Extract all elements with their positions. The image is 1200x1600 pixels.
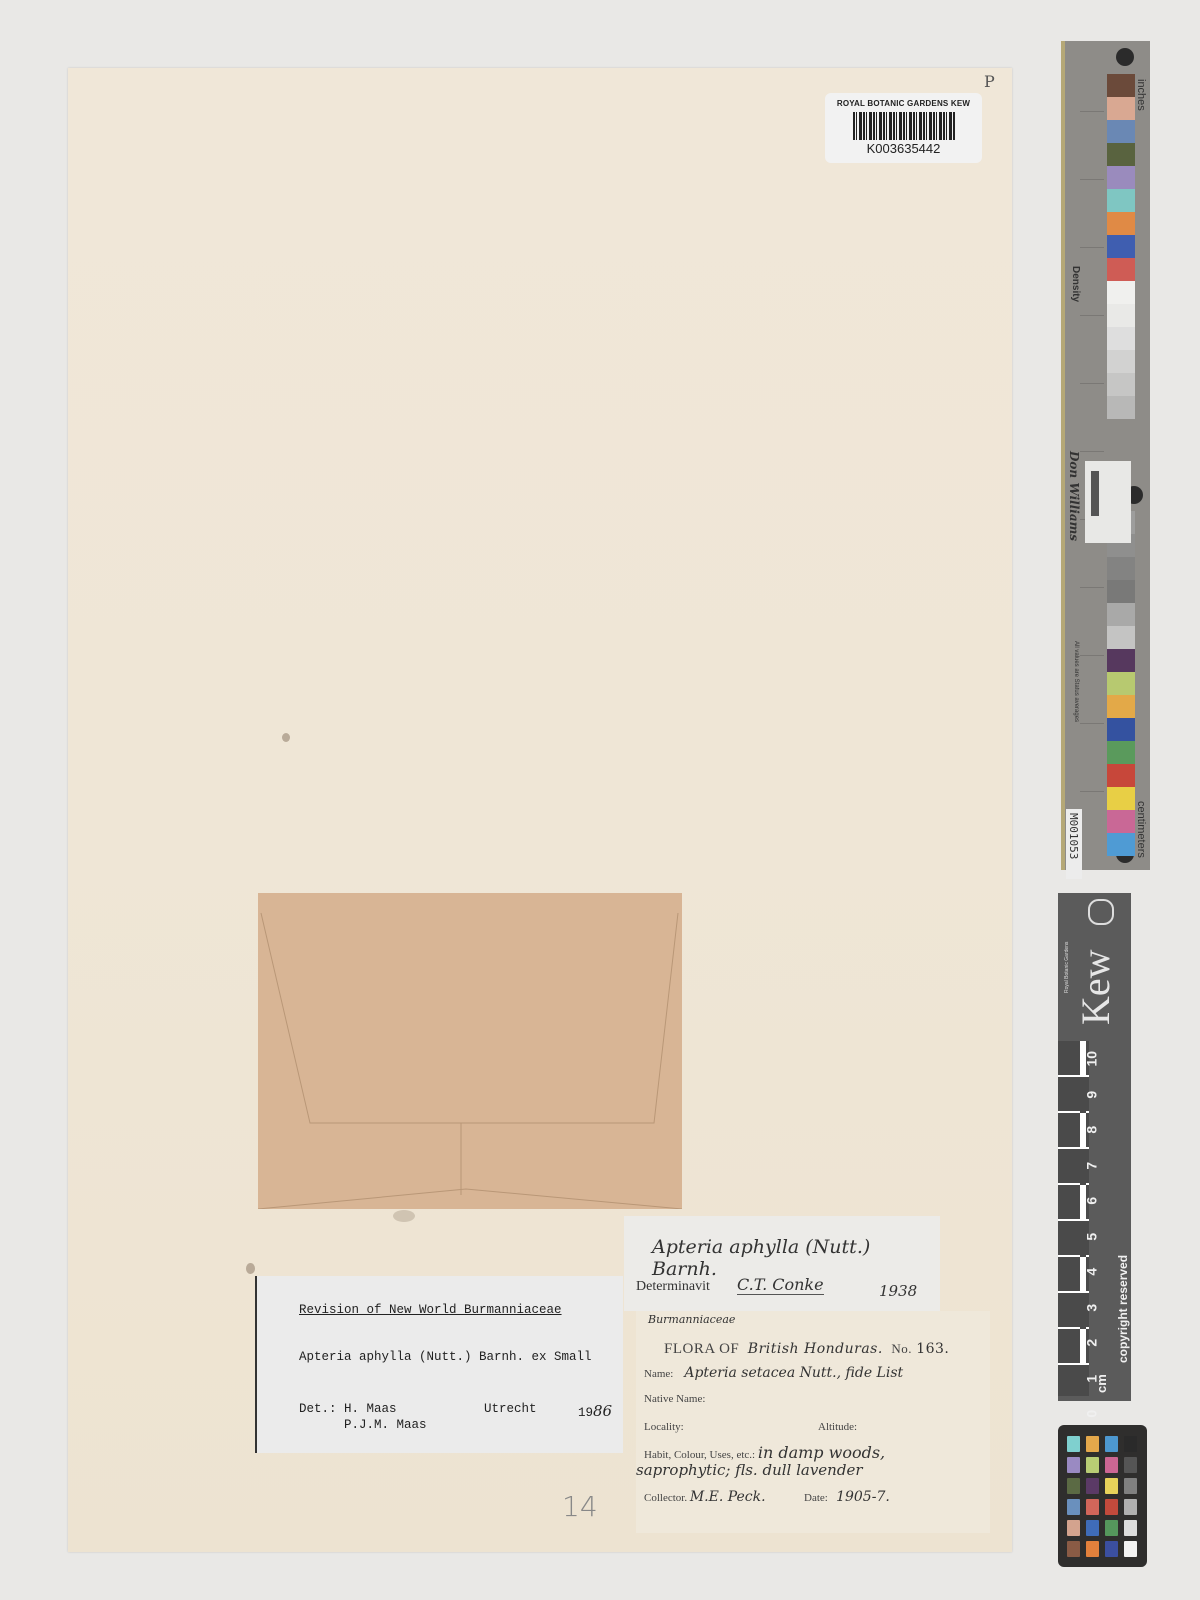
color-swatch [1067,1520,1080,1536]
color-swatch [1107,580,1135,603]
name-value: Apteria setacea Nutt., fide List [684,1365,903,1381]
color-swatch [1107,166,1135,189]
kew-scale-bar: Kew Royal Botanic Gardens 109876543210 c… [1058,893,1131,1401]
color-swatch [1124,1520,1137,1536]
determiner-signature: C.T. Conke [737,1275,824,1295]
color-swatch [1107,810,1135,833]
revision-label: Revision of New World Burmanniaceae Apte… [255,1276,623,1453]
scale-number: 8 [1083,1120,1119,1140]
color-swatch [1105,1457,1118,1473]
kew-logo: Kew [1072,949,1119,1025]
color-swatch [1107,281,1135,304]
corner-pencil-mark: P [984,72,995,91]
color-swatch [1107,787,1135,810]
scale-number: 7 [1083,1155,1119,1175]
name-row: Name: Apteria setacea Nutt., fide List [644,1365,903,1381]
color-swatch [1107,626,1135,649]
collector-row: Collector. M.E. Peck. [644,1489,766,1505]
resolution-target [1085,461,1131,543]
collection-number: 163. [916,1341,949,1357]
color-checker-card [1058,1425,1147,1567]
family-name: Burmanniaceae [648,1313,735,1326]
color-swatches-lower [1107,511,1135,856]
color-swatches-upper [1107,74,1135,419]
habit-label: Habit, Colour, Uses, etc.: [644,1449,755,1461]
footnote-label: All values are Status averages [1073,641,1079,722]
color-swatch [1107,741,1135,764]
color-swatch [1067,1499,1080,1515]
color-swatch [1107,718,1135,741]
color-swatch [1107,373,1135,396]
determiner-name: H. Maas [344,1402,397,1416]
ruler-id-tag: M001053 [1066,809,1082,879]
date-row: Date: 1905-7. [804,1489,890,1505]
color-swatch [1107,603,1135,626]
color-swatch [1107,695,1135,718]
color-checker-grid [1067,1436,1139,1558]
color-swatch [1067,1541,1080,1557]
color-swatch [1107,327,1135,350]
brand-label: Don Williams [1067,451,1081,541]
color-swatch [1067,1457,1080,1473]
habit-row: Habit, Colour, Uses, etc.: in damp woods… [644,1443,885,1462]
scale-number: 5 [1083,1226,1119,1246]
color-swatch [1086,1520,1099,1536]
scale-number: 9 [1083,1084,1119,1104]
color-swatch [1067,1478,1080,1494]
barcode-label: ROYAL BOTANIC GARDENS KEW K003635442 [825,93,982,163]
royal-crest-icon [1088,899,1114,925]
color-swatch [1105,1499,1118,1515]
year-typed: 19 [578,1406,593,1420]
determination-taxon: Apteria aphylla (Nutt.) Barnh. [652,1236,940,1280]
color-swatch [1124,1541,1137,1557]
barcode-icon [853,112,955,140]
revision-place: Utrecht [484,1402,537,1416]
color-swatch [1107,97,1135,120]
color-swatch [1124,1436,1137,1452]
revision-taxon: Apteria aphylla (Nutt.) Barnh. ex Small [299,1350,592,1364]
scale-number: 3 [1083,1297,1119,1317]
date-label: Date: [804,1492,828,1504]
color-swatch [1105,1478,1118,1494]
color-swatch [1086,1478,1099,1494]
ruler-hole-icon [1116,48,1134,66]
color-swatch [1105,1541,1118,1557]
color-swatch [1107,557,1135,580]
unit-label: cm [1094,1374,1109,1393]
color-swatch [1107,143,1135,166]
scale-number: 0 [1083,1404,1119,1424]
specimen-envelope [258,893,682,1209]
color-swatch [1107,189,1135,212]
color-swatch [1124,1457,1137,1473]
stain-spot [282,733,290,742]
habit-value-line1: in damp woods, [758,1443,885,1462]
native-name-label: Native Name: [644,1393,705,1405]
color-swatch [1086,1457,1099,1473]
color-swatch [1105,1520,1118,1536]
collector-label: Collector. [644,1492,687,1504]
pencil-sheet-number: 14 [562,1490,598,1523]
color-swatch [1107,649,1135,672]
color-swatch [1107,212,1135,235]
determiner-name: P.J.M. Maas [344,1418,427,1432]
habit-row-2: saprophytic; fls. dull lavender [636,1461,863,1479]
envelope-fold-lines-icon [258,893,682,1209]
det-label: Det.: H. Maas [299,1402,397,1416]
color-swatch [1086,1499,1099,1515]
revision-title: Revision of New World Burmanniaceae [299,1303,562,1317]
color-swatch [1086,1541,1099,1557]
region-name: British Honduras. [748,1341,883,1357]
copyright-text: copyright reserved [1116,1255,1130,1363]
color-swatch [1124,1478,1137,1494]
color-swatch [1107,396,1135,419]
name-label: Name: [644,1368,673,1380]
color-swatch [1107,235,1135,258]
density-label: Density [1070,266,1081,302]
scale-number: 6 [1083,1191,1119,1211]
collection-label: Burmanniaceae FLORA OF British Honduras.… [636,1311,990,1533]
date-value: 1905-7. [836,1489,890,1505]
color-density-ruler: inches centimeters Density Don Williams … [1061,41,1150,870]
det-prefix: Det.: [299,1402,337,1416]
scale-number: 10 [1083,1049,1119,1069]
centimeters-label: centimeters [1135,801,1147,858]
barcode-number: K003635442 [825,141,982,156]
scale-number: 2 [1083,1333,1119,1353]
revision-year: 1986 [578,1402,612,1420]
color-swatch [1107,350,1135,373]
color-swatch [1107,304,1135,327]
institution-name: ROYAL BOTANIC GARDENS KEW [825,99,982,108]
number-label: No. [891,1341,912,1356]
ruler-id: M001053 [1067,813,1080,859]
color-swatch [1107,672,1135,695]
color-swatch [1107,833,1135,856]
color-swatch [1067,1436,1080,1452]
color-swatch [1107,74,1135,97]
determination-label: Apteria aphylla (Nutt.) Barnh. Determina… [624,1216,940,1311]
inches-label: inches [1135,79,1147,111]
color-swatch [1107,120,1135,143]
stain-spot [393,1210,415,1222]
flora-of-text: FLORA OF [664,1341,739,1357]
stain-spot [246,1263,255,1274]
altitude-label: Altitude: [818,1421,857,1433]
color-swatch [1107,764,1135,787]
flora-heading: FLORA OF British Honduras. No. 163. [664,1341,949,1358]
habit-value-line2: saprophytic; fls. dull lavender [636,1461,863,1479]
year-handwritten: 86 [593,1402,612,1420]
collector-value: M.E. Peck. [690,1489,766,1505]
color-swatch [1107,258,1135,281]
target-bar [1091,471,1099,516]
color-swatch [1105,1436,1118,1452]
scale-number: 4 [1083,1262,1119,1282]
kew-subtitle: Royal Botanic Gardens [1064,942,1070,993]
scale-numbers: 109876543210 [1091,1041,1111,1432]
color-swatch [1086,1436,1099,1452]
determination-year: 1938 [879,1282,917,1300]
locality-label: Locality: [644,1421,684,1433]
color-swatch [1124,1499,1137,1515]
determinavit-label: Determinavit [636,1279,710,1295]
